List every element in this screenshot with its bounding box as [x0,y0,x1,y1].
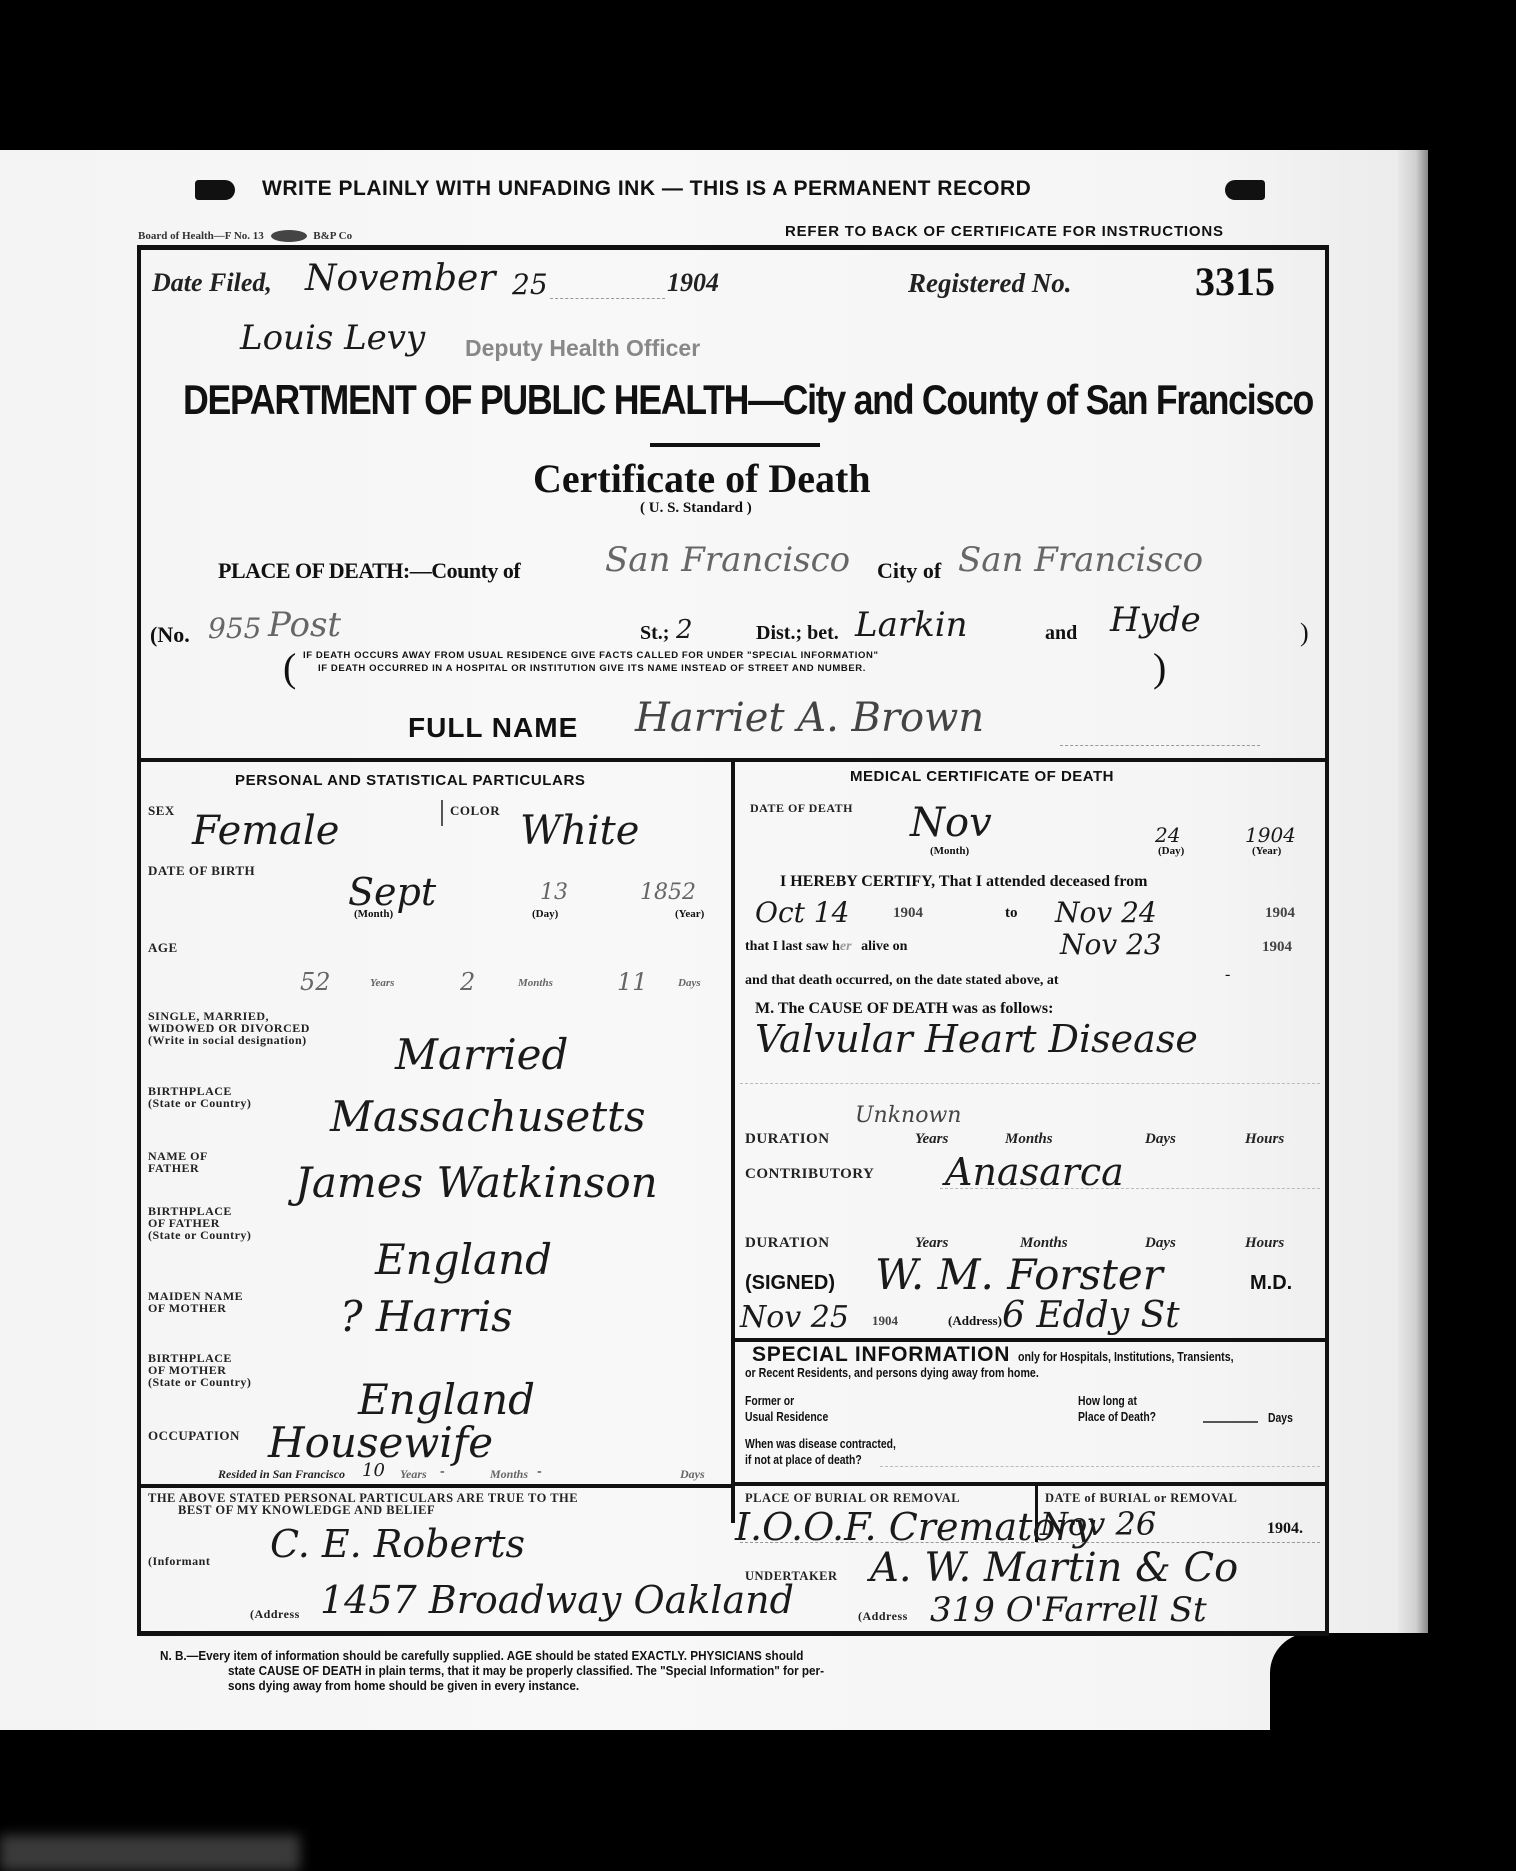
form-number: Board of Health—F No. 13 B&P Co [138,230,352,242]
color-label: COLOR [450,805,500,817]
duration-years-caption: Years [915,1131,948,1148]
attended-to-label: to [1005,905,1018,922]
city-value[interactable]: San Francisco [958,540,1203,580]
attended-from-year[interactable]: 1904 [893,905,923,922]
between-street-2[interactable]: Hyde [1110,600,1201,640]
burial-place-label: PLACE OF BURIAL OR REMOVAL [745,1492,960,1504]
mother-birthplace-value[interactable]: England [358,1375,535,1424]
how-long-days-caption: Days [1268,1410,1293,1425]
resided-years-caption: Years [400,1467,427,1482]
special-info-subtitle-2: or Recent Residents, and persons dying a… [745,1365,1039,1380]
printer-name: B&P Co [313,230,352,242]
union-label-icon [271,230,307,242]
occupation-label: OCCUPATION [148,1430,240,1442]
undertaker-name[interactable]: A. W. Martin & Co [870,1545,1238,1591]
dod-day-caption: (Day) [1158,845,1184,857]
informant-divider [141,1484,733,1488]
resided-months[interactable]: - [440,1464,445,1480]
ward-value[interactable]: 2 [676,615,693,645]
mother-birthplace-label: BIRTHPLACE OF MOTHER (State or Country) [148,1352,251,1388]
certificate-title: Certificate of Death [533,455,871,502]
instructions-note: REFER TO BACK OF CERTIFICATE FOR INSTRUC… [785,223,1224,240]
resided-days[interactable]: - [537,1464,542,1480]
attended-to-year[interactable]: 1904 [1265,905,1295,922]
signed-label: (SIGNED) [745,1272,835,1295]
county-value[interactable]: San Francisco [605,540,850,580]
duration-2-label: DURATION [745,1237,830,1249]
full-name-rule [1060,745,1260,746]
nb-line-1: N. B.—Every item of information should b… [160,1649,803,1663]
father-label-line-2: FATHER [148,1162,208,1174]
last-seen-pronoun[interactable]: er [840,939,852,954]
special-info-subtitle-1: only for Hospitals, Institutions, Transi… [1018,1349,1234,1364]
contributory-rule [940,1188,1320,1189]
burial-rule [740,1542,1320,1543]
dob-year-caption: (Year) [675,908,704,920]
form-border-top [137,245,1329,250]
burial-year[interactable]: 1904. [1267,1520,1303,1538]
father-name-label: NAME OF FATHER [148,1150,208,1174]
mother-name-value[interactable]: ? Harris [340,1292,513,1341]
duration-2-hours-caption: Hours [1245,1235,1284,1252]
birthplace-label-line-2: (State or Country) [148,1097,251,1109]
alive-on-label: alive on [861,939,907,954]
resided-months-caption: Months [490,1467,528,1482]
duration-value[interactable]: Unknown [855,1103,961,1128]
father-birthplace-value[interactable]: England [375,1235,552,1284]
registered-no[interactable]: 3315 [1195,258,1275,305]
dist-between-label: Dist.; bet. [756,622,839,645]
date-filed-month[interactable]: November [305,258,496,299]
undertaker-address-label: (Address [858,1610,908,1622]
physician-address[interactable]: 6 Eddy St [1002,1295,1180,1336]
father-name-value[interactable]: James Watkinson [295,1158,658,1207]
dod-year[interactable]: 1904 [1245,823,1296,847]
informant-address-label: (Address [250,1608,300,1620]
how-long-rule[interactable] [1203,1421,1258,1423]
registered-no-label: Registered No. [908,268,1071,299]
birthplace-value[interactable]: Massachusetts [330,1092,646,1141]
city-label: City of [877,558,941,584]
age-label: AGE [148,942,178,954]
special-info-title: SPECIAL INFORMATION [752,1343,1010,1367]
duration-hours-caption: Hours [1245,1131,1284,1148]
form-number-text: Board of Health—F No. 13 [138,230,264,242]
dod-month[interactable]: Nov [910,800,992,846]
age-days-caption: Days [678,977,701,989]
place-note-line-2: IF DEATH OCCURRED IN A HOSPITAL OR INSTI… [318,663,866,674]
last-seen-year[interactable]: 1904 [1262,939,1292,956]
pointing-hand-icon [195,180,235,205]
former-label-line-2: Usual Residence [745,1409,828,1425]
former-label-line-1: Former or [745,1393,828,1409]
full-name-value[interactable]: Harriet A. Brown [635,695,984,741]
mother-name-label: MAIDEN NAME OF MOTHER [148,1290,243,1314]
form-border-left [137,245,141,1635]
burial-divider [733,1482,1327,1486]
officer-signature: Louis Levy [240,318,425,358]
informant-label: (Informant [148,1555,210,1567]
resided-label: Resided in San Francisco [218,1467,345,1482]
dob-month-caption: (Month) [354,908,393,920]
resided-days-caption: Days [680,1467,705,1482]
duration-days-caption: Days [1145,1131,1176,1148]
full-name-label: FULL NAME [408,712,578,744]
undertaker-label: UNDERTAKER [745,1570,838,1582]
medical-section-title: MEDICAL CERTIFICATE OF DEATH [850,768,1114,785]
scan-border-right [1428,140,1516,1871]
md-label: M.D. [1250,1272,1292,1295]
street-name[interactable]: Post [268,605,341,645]
page-edge [1398,150,1428,1730]
last-seen-date[interactable]: Nov 23 [1060,928,1162,961]
burial-date[interactable]: Nov 26 [1040,1505,1156,1543]
and-label: and [1045,622,1077,645]
signed-year[interactable]: 1904 [872,1313,898,1329]
street-number[interactable]: 955 [208,612,261,645]
sex-label: SEX [148,805,175,817]
cause-text: M. The CAUSE OF DEATH was as follows: [755,1000,1053,1018]
duration-months-caption: Months [1005,1131,1053,1148]
certify-text: I HEREBY CERTIFY, That I attended deceas… [780,873,1147,891]
sex-value[interactable]: Female [192,808,339,854]
how-long-label-line-1: How long at [1078,1393,1156,1409]
signed-date[interactable]: Nov 25 [740,1300,849,1335]
birthplace-label: BIRTHPLACE (State or Country) [148,1085,251,1109]
dod-year-caption: (Year) [1252,845,1281,857]
former-residence-label: Former or Usual Residence [745,1393,828,1425]
column-divider [731,758,735,1523]
how-long-label: How long at Place of Death? [1078,1393,1156,1425]
between-street-1[interactable]: Larkin [855,605,967,645]
contracted-label-line-1: When was disease contracted, [745,1436,896,1452]
informant-name[interactable]: C. E. Roberts [270,1522,525,1566]
attended-from[interactable]: Oct 14 [755,896,849,929]
attended-to[interactable]: Nov 24 [1055,896,1157,929]
physician-signature[interactable]: W. M. Forster [875,1250,1163,1299]
undertaker-address[interactable]: 319 O'Farrell St [930,1590,1207,1630]
dob-day[interactable]: 13 [540,880,568,905]
contracted-label: When was disease contracted, if not at p… [745,1436,896,1468]
age-days[interactable]: 11 [617,968,648,996]
last-seen-label: that I last saw her alive on [745,939,907,955]
how-long-label-line-2: Place of Death? [1078,1409,1156,1425]
warning-banner: WRITE PLAINLY WITH UNFADING INK — THIS I… [262,177,1031,201]
date-filed-rule [550,298,665,299]
color-value[interactable]: White [520,808,639,854]
dob-day-caption: (Day) [532,908,558,920]
dob-label: DATE OF BIRTH [148,865,255,877]
marital-value[interactable]: Married [395,1030,568,1079]
mother-bp-label-line-3: (State or Country) [148,1376,251,1388]
date-filed-label: Date Filed, [152,268,272,298]
age-months[interactable]: 2 [460,968,475,996]
standard-subtitle: ( U. S. Standard ) [640,500,752,517]
last-seen-prefix: that I last saw h [745,939,840,954]
officer-title: Deputy Health Officer [465,335,700,362]
place-note-line-1: IF DEATH OCCURS AWAY FROM USUAL RESIDENC… [303,650,879,661]
contracted-label-line-2: if not at place of death? [745,1452,896,1468]
duration-label: DURATION [745,1133,830,1145]
marital-label: SINGLE, MARRIED, WIDOWED OR DIVORCED (Wr… [148,1010,310,1046]
age-years[interactable]: 52 [300,968,331,996]
age-years-caption: Years [370,977,394,989]
dob-year[interactable]: 1852 [640,880,696,905]
close-paren: ) [1300,618,1309,648]
burial-date-label: DATE of BURIAL or REMOVAL [1045,1492,1237,1504]
personal-section-title: PERSONAL AND STATISTICAL PARTICULARS [235,772,586,789]
father-birthplace-label: BIRTHPLACE OF FATHER (State or Country) [148,1205,251,1241]
nb-line-2: state CAUSE OF DEATH in plain terms, tha… [228,1664,824,1678]
mother-label-line-2: OF MOTHER [148,1302,243,1314]
department-title: DEPARTMENT OF PUBLIC HEALTH—City and Cou… [183,376,1313,424]
dod-day[interactable]: 24 [1155,823,1180,847]
scan-shadow [1270,1633,1430,1743]
open-bracket: ( [283,648,296,688]
scan-smudge [0,1835,300,1871]
informant-statement-line-2: BEST OF MY KNOWLEDGE AND BELIEF [178,1504,435,1516]
dod-month-caption: (Month) [930,845,969,857]
nb-line-3: sons dying away from home should be give… [228,1679,579,1693]
date-filed-day[interactable]: 25 [512,268,548,301]
contributory-label: CONTRIBUTORY [745,1168,874,1180]
date-filed-year[interactable]: 1904 [667,268,719,298]
place-of-death-label: PLACE OF DEATH:—County of [218,558,520,584]
ward-label: St.; [640,622,669,645]
occurred-text: and that death occurred, on the date sta… [745,973,1059,989]
pointing-hand-icon [1225,180,1265,205]
cause-rule [740,1083,1320,1084]
title-rule [650,443,820,447]
special-divider [733,1338,1327,1342]
marital-label-line-3: (Write in social designation) [148,1034,310,1046]
close-bracket: ) [1153,648,1166,688]
resided-years[interactable]: 10 [362,1460,385,1481]
informant-address[interactable]: 1457 Broadway Oakland [320,1578,794,1622]
time-of-death[interactable]: - [1225,966,1230,984]
contracted-rule[interactable] [880,1466,1320,1467]
physician-address-label: (Address) [948,1313,1002,1329]
father-bp-label-line-3: (State or Country) [148,1229,251,1241]
sex-color-divider [441,800,443,826]
form-border-right [1325,245,1329,1635]
cause-of-death[interactable]: Valvular Heart Disease [755,1017,1198,1061]
age-months-caption: Months [518,977,553,989]
street-no-label: (No. [150,622,190,648]
form-border-bottom [137,1631,1329,1636]
dod-label: DATE OF DEATH [750,802,853,814]
